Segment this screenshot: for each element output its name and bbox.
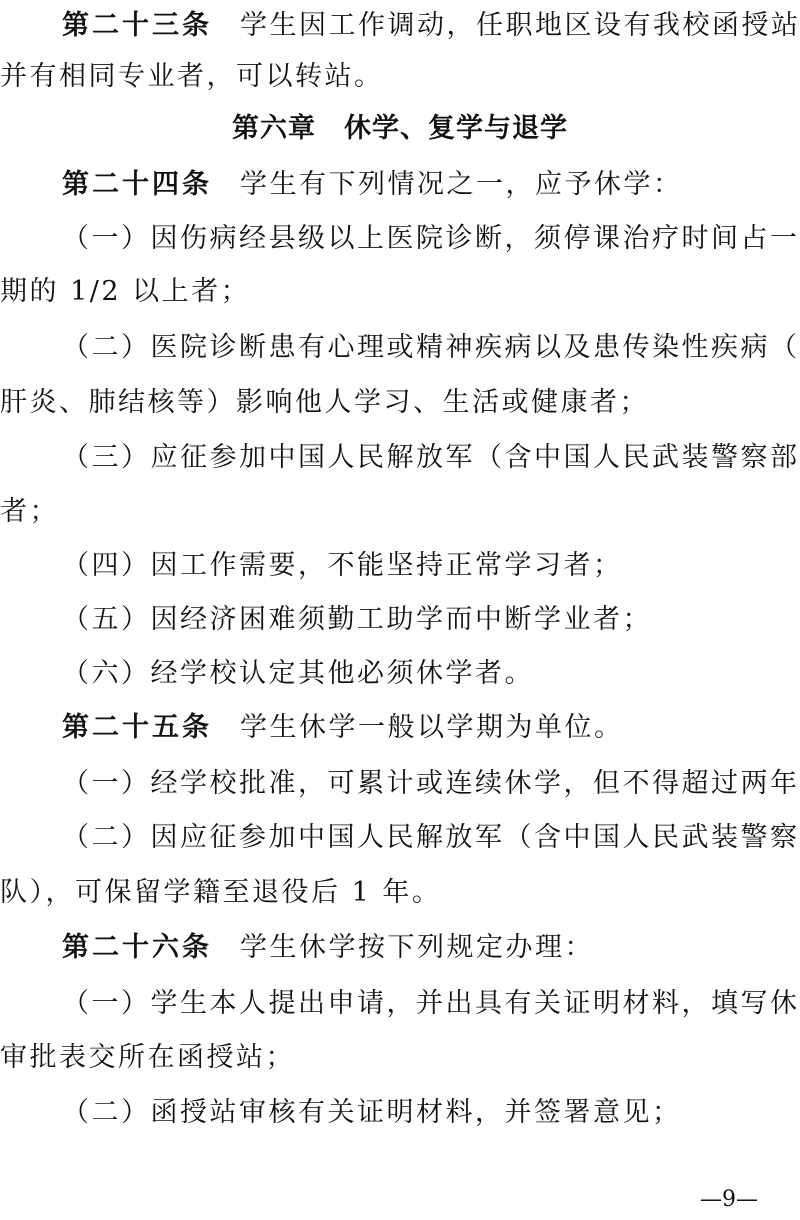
article-25-item-2-line1: （二）因应征参加中国人民解放军（含中国人民武装警察部 — [62, 818, 800, 858]
article-23-heading: 第二十三条 — [62, 10, 212, 41]
article-25-item-2-line2: 队），可保留学籍至退役后 1 年。 — [0, 873, 441, 913]
article-24-item-4: （四）因工作需要，不能坚持正常学习者； — [62, 546, 623, 586]
article-24-item-2-line1: （二）医院诊断患有心理或精神疾病以及患传染性疾病（如 — [62, 328, 800, 368]
article-24-item-1-line1: （一）因伤病经县级以上医院诊断，须停课治疗时间占一学 — [62, 219, 800, 259]
article-24-line: 第二十四条学生有下列情况之一，应予休学： — [62, 165, 683, 205]
article-24-item-5: （五）因经济困难须勤工助学而中断学业者； — [62, 600, 652, 640]
article-23-line2: 并有相同专业者，可以转站。 — [0, 57, 384, 97]
article-26-item-2: （二）函授站审核有关证明材料，并签署意见； — [62, 1093, 682, 1133]
article-26-heading: 第二十六条 — [62, 932, 212, 963]
article-25-line: 第二十五条学生休学一般以学期为单位。 — [62, 708, 624, 748]
article-23-line1: 第二十三条学生因工作调动，任职地区设有我校函授站， — [62, 6, 800, 46]
article-24-text: 学生有下列情况之一，应予休学： — [240, 169, 683, 200]
article-26-item-1-line2: 审批表交所在函授站； — [0, 1038, 295, 1078]
article-24-item-3-line2: 者； — [0, 492, 59, 532]
article-24-item-6: （六）经学校认定其他必须休学者。 — [62, 654, 534, 694]
article-26-text: 学生休学按下列规定办理： — [240, 932, 594, 963]
article-24-item-3-line1: （三）应征参加中国人民解放军（含中国人民武装警察部队） — [62, 438, 800, 478]
article-26-line: 第二十六条学生休学按下列规定办理： — [62, 928, 594, 968]
article-24-item-2-line2: 肝炎、肺结核等）影响他人学习、生活或健康者； — [0, 383, 649, 423]
article-25-item-1: （一）经学校批准，可累计或连续休学，但不得超过两年； — [62, 764, 800, 804]
article-25-heading: 第二十五条 — [62, 712, 212, 743]
chapter-title: 第六章 休学、复学与退学 — [0, 109, 800, 149]
article-26-item-1-line1: （一）学生本人提出申请，并出具有关证明材料，填写休学 — [62, 984, 800, 1024]
article-25-text: 学生休学一般以学期为单位。 — [240, 712, 624, 743]
page-number: —9— — [700, 1186, 758, 1214]
article-23-text: 学生因工作调动，任职地区设有我校函授站， — [240, 10, 800, 41]
article-24-item-1-line2: 期的 1/2 以上者； — [0, 272, 250, 312]
article-24-heading: 第二十四条 — [62, 169, 212, 200]
